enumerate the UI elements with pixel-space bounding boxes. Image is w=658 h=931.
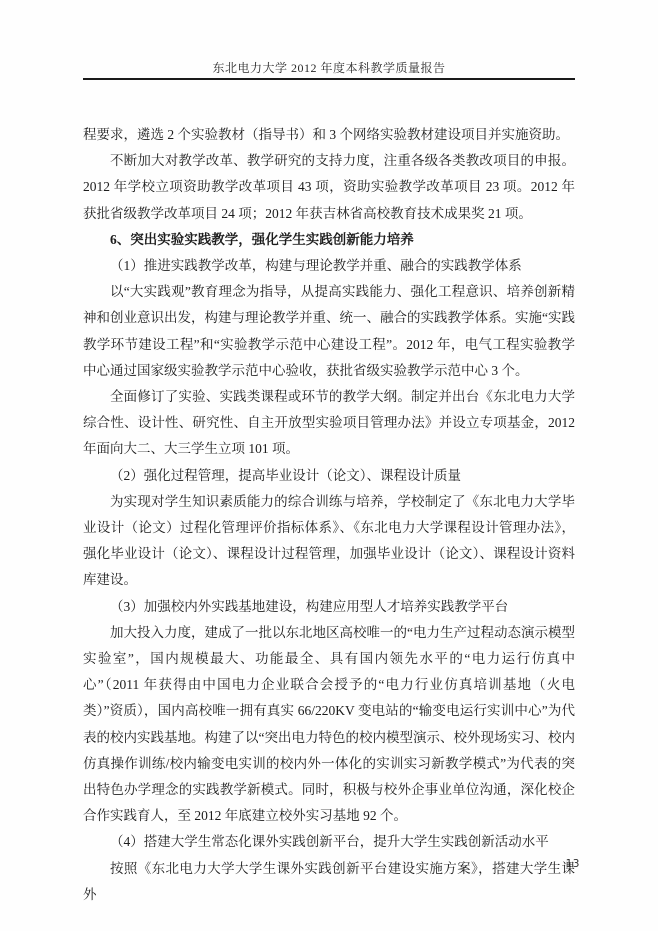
subsection-heading-3: （3）加强校内外实践基地建设，构建应用型人才培养实践教学平台 <box>83 594 575 620</box>
document-page: 东北电力大学 2012 年度本科教学质量报告 程要求，遴选 2 个实验教材（指导… <box>0 0 658 931</box>
paragraph-continuation: 程要求，遴选 2 个实验教材（指导书）和 3 个网络实验教材建设项目并实施资助。 <box>83 122 575 148</box>
document-body: 程要求，遴选 2 个实验教材（指导书）和 3 个网络实验教材建设项目并实施资助。… <box>83 122 575 908</box>
paragraph: 以“大实践观”教育理念为指导，从提高实践能力、强化工程意识、培养创新精神和创业意… <box>83 279 575 384</box>
paragraph-to-next-page: 按照《东北电力大学大学生课外实践创新平台建设实施方案》，搭建大学生课外 <box>83 856 575 908</box>
subsection-heading-2: （2）强化过程管理，提高毕业设计（论文）、课程设计质量 <box>83 463 575 489</box>
paragraph: 加大投入力度，建成了一批以东北地区高校唯一的“电力生产过程动态演示模型实验室”，… <box>83 620 575 830</box>
paragraph: 为实现对学生知识素质能力的综合训练与培养，学校制定了《东北电力大学毕业设计（论文… <box>83 489 575 594</box>
page-header: 东北电力大学 2012 年度本科教学质量报告 <box>83 61 575 80</box>
subsection-heading-4: （4）搭建大学生常态化课外实践创新平台，提升大学生实践创新活动水平 <box>83 829 575 855</box>
paragraph: 全面修订了实验、实践类课程或环节的教学大纲。制定并出台《东北电力大学综合性、设计… <box>83 384 575 463</box>
subsection-heading-1: （1）推进实践教学改革，构建与理论教学并重、融合的实践教学体系 <box>83 253 575 279</box>
page-number: 13 <box>566 858 580 870</box>
header-title: 东北电力大学 2012 年度本科教学质量报告 <box>83 61 575 75</box>
section-heading: 6、突出实验实践教学，强化学生实践创新能力培养 <box>83 227 575 253</box>
paragraph: 不断加大对教学改革、教学研究的支持力度，注重各级各类教改项目的申报。2012 年… <box>83 148 575 227</box>
